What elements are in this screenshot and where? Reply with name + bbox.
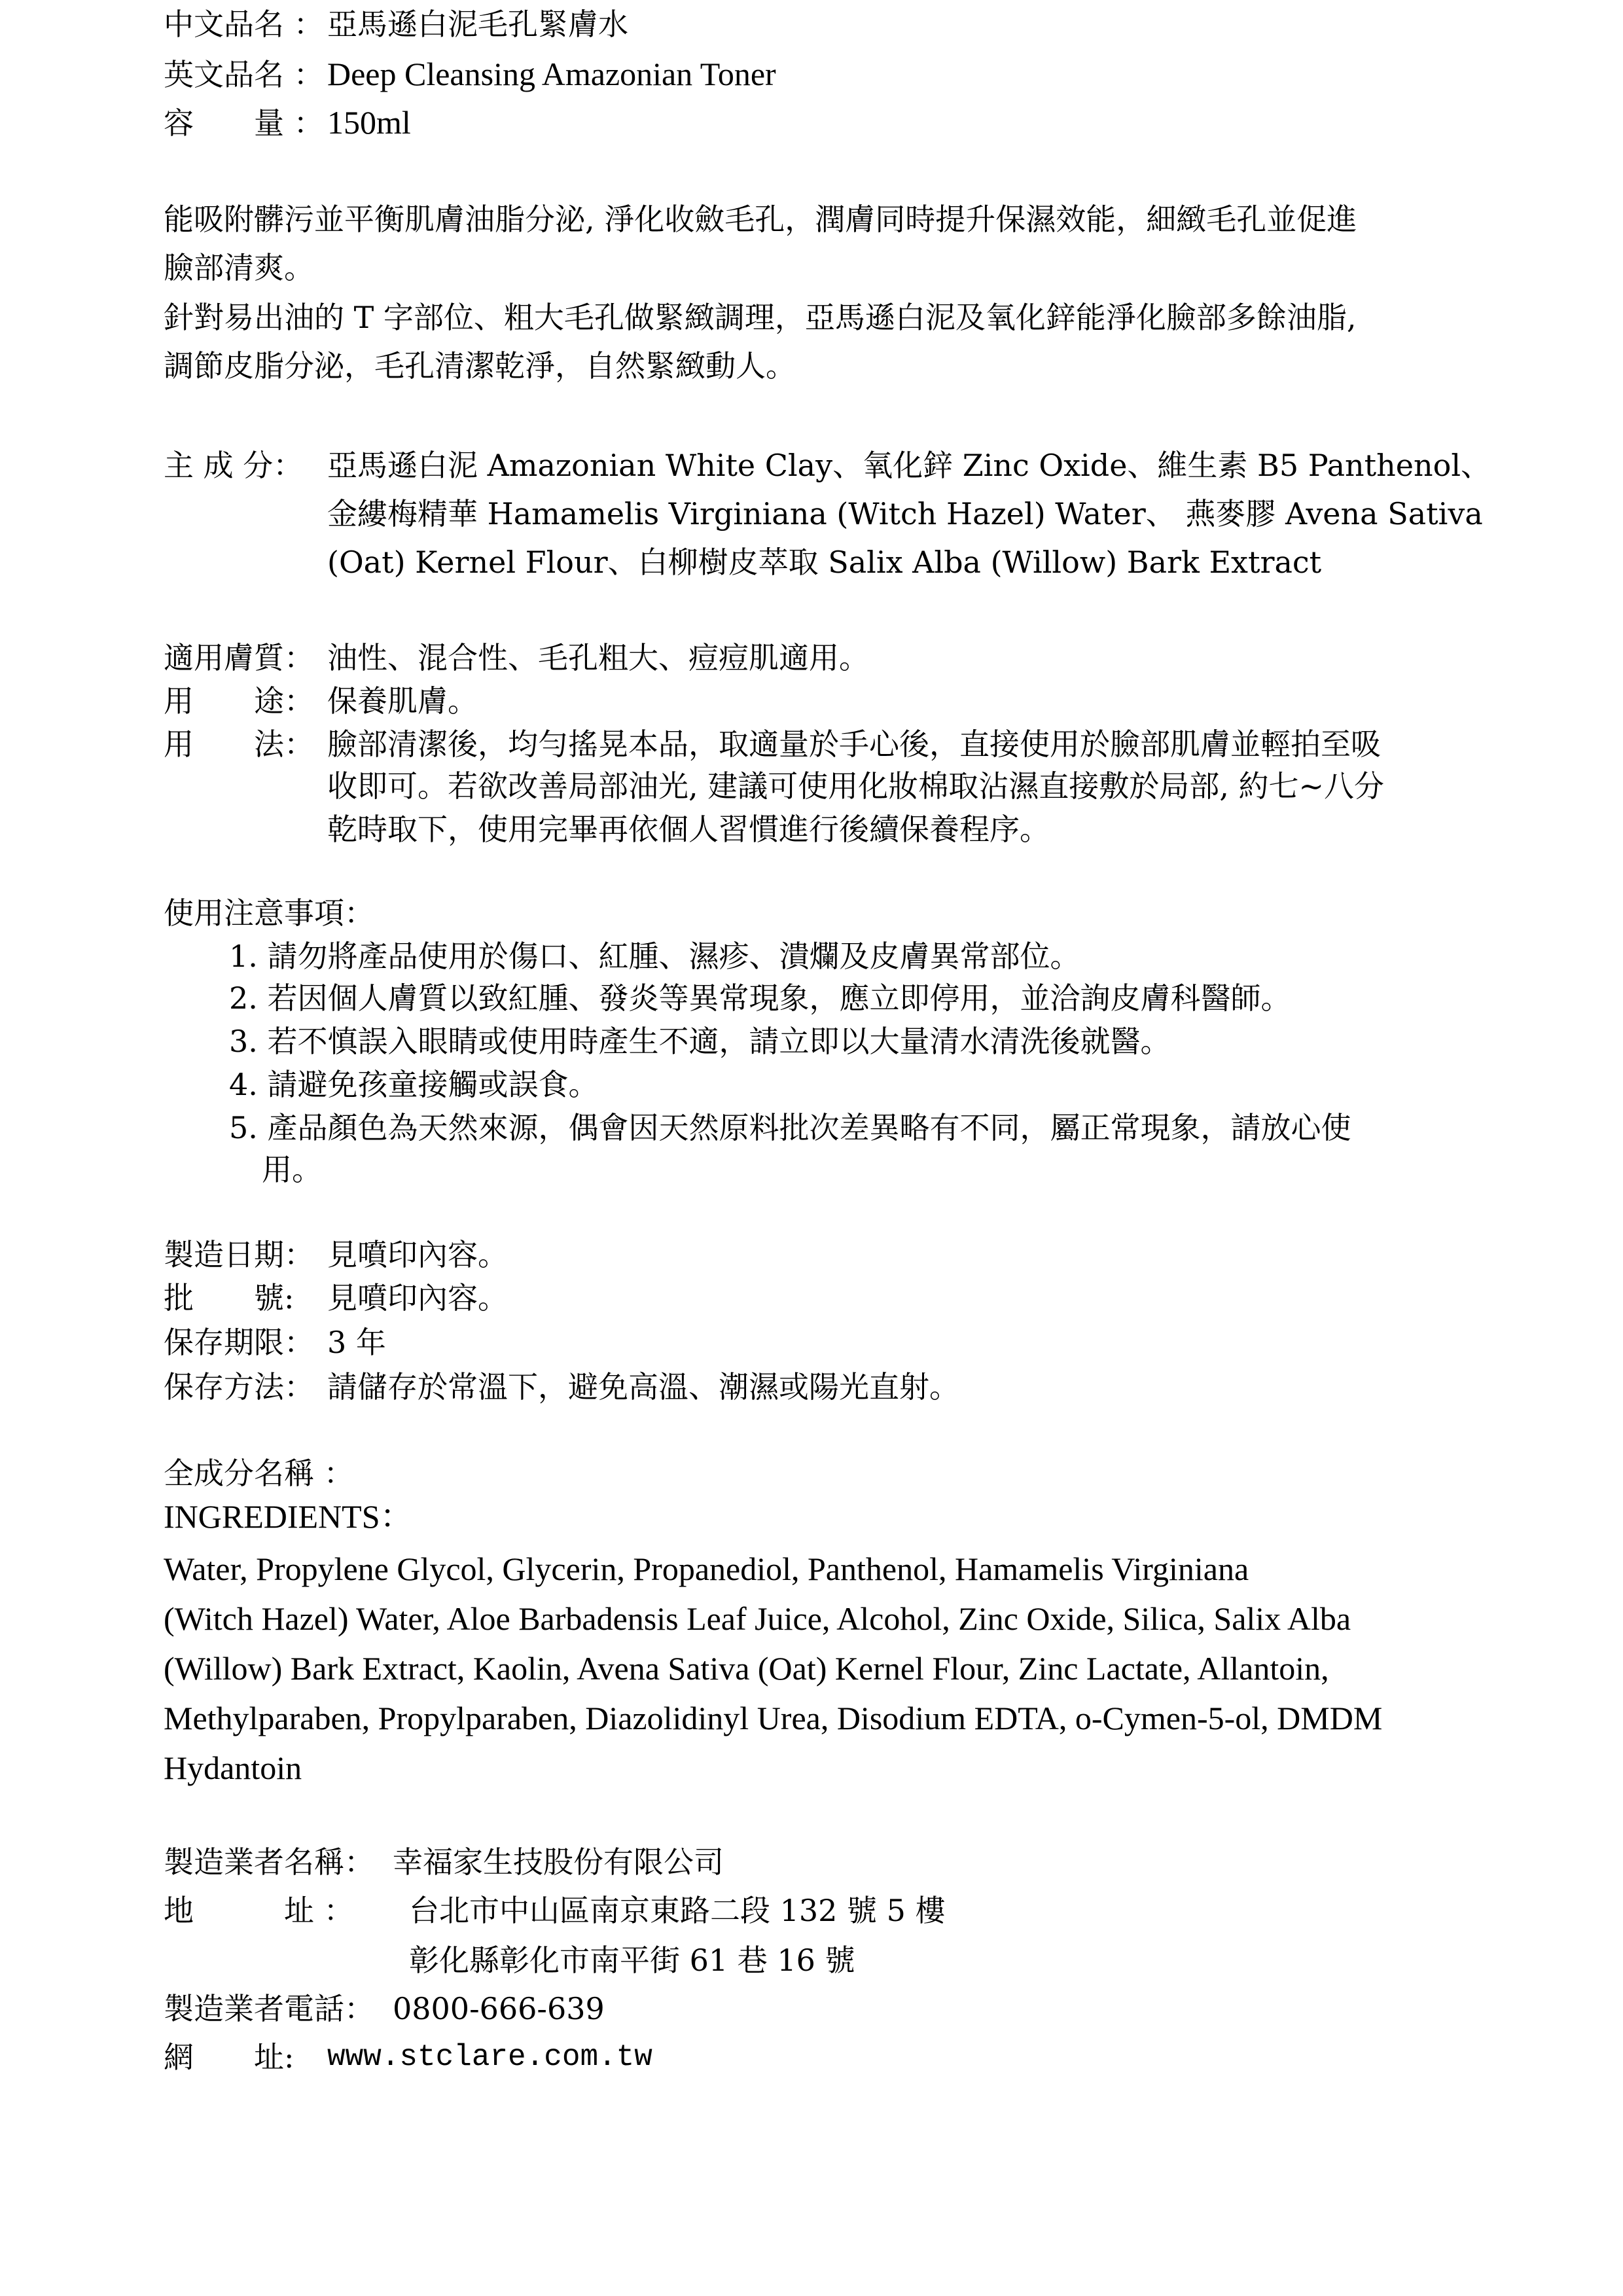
description-p2-line1: 針對易出油的 T 字部位、粗大毛孔做緊緻調理，亞馬遜白泥及氧化鋅能淨化臉部多餘油…	[164, 302, 1357, 332]
mfg-date-label: 製造日期：	[164, 1240, 314, 1270]
full-ingredients-en-title: INGREDIENTS：	[164, 1500, 413, 1533]
skin-type-value: 油性、混合性、毛孔粗大、痘痘肌適用。	[327, 643, 869, 673]
address-label: 地 址 ：	[164, 1895, 354, 1926]
volume-value: 150ml	[327, 104, 411, 141]
description-p1-line1: 能吸附髒污並平衡肌膚油脂分泌, 淨化收斂毛孔，潤膚同時提升保濕效能，細緻毛孔並促…	[164, 204, 1357, 234]
precaution-item-1: 1. 請勿將產品使用於傷口、紅腫、濕疹、潰爛及皮膚異常部位。	[229, 941, 1080, 971]
phone-value: 0800-666-639	[393, 1994, 605, 2024]
method-label: 用 法：	[164, 729, 314, 759]
main-ingredients-line1: 亞馬遜白泥 Amazonian White Clay、氧化鋅 Zinc Oxid…	[327, 450, 1491, 480]
website-label: 網 址:	[164, 2042, 294, 2072]
method-line2: 收即可。若欲改善局部油光, 建議可使用化妝棉取沾濕直接敷於局部, 約七~八分	[327, 771, 1384, 801]
zh-product-name: 亞馬遜白泥毛孔緊膚水	[327, 7, 628, 42]
volume-row: 容 量 ：150ml	[164, 106, 411, 139]
volume-label: 容 量 ：	[164, 108, 327, 138]
precaution-item-4: 4. 請避免孩童接觸或誤食。	[229, 1069, 599, 1100]
ingredients-line-1: Water, Propylene Glycol, Glycerin, Propa…	[164, 1552, 1249, 1585]
website-link[interactable]: www.stclare.com.tw	[327, 2042, 652, 2072]
en-product-name: Deep Cleansing Amazonian Toner	[327, 56, 776, 92]
shelf-life-label: 保存期限：	[164, 1327, 314, 1357]
zh-name-row: 中文品名 ：亞馬遜白泥毛孔緊膚水	[164, 9, 628, 39]
address-line2: 彰化縣彰化市南平街 61 巷 16 號	[409, 1945, 855, 1975]
precaution-item-2: 2. 若因個人膚質以致紅腫、發炎等異常現象，應立即停用，並洽詢皮膚科醫師。	[229, 983, 1291, 1013]
mfg-date-value: 見噴印內容。	[327, 1240, 508, 1270]
ingredients-line-2: (Witch Hazel) Water, Aloe Barbadensis Le…	[164, 1602, 1351, 1635]
method-line3: 乾時取下，使用完畢再依個人習慣進行後續保養程序。	[327, 814, 1050, 844]
skin-type-label: 適用膚質：	[164, 643, 314, 673]
shelf-life-value: 3 年	[327, 1327, 386, 1357]
main-ingredients-line3: (Oat) Kernel Flour、白柳樹皮萃取 Salix Alba (Wi…	[327, 547, 1321, 577]
manufacturer-name-label: 製造業者名稱：	[164, 1847, 374, 1877]
precautions-title: 使用注意事項：	[164, 898, 374, 928]
manufacturer-name: 幸福家生技股份有限公司	[393, 1847, 724, 1877]
precaution-item-5-continued: 用。	[262, 1155, 322, 1185]
zh-name-label: 中文品名 ：	[164, 9, 327, 39]
storage-method-label: 保存方法：	[164, 1372, 314, 1402]
batch-value: 見噴印內容。	[327, 1283, 508, 1313]
main-ingredients-line2: 金縷梅精華 Hamamelis Virginiana (Witch Hazel)…	[327, 499, 1483, 529]
description-p1-line2: 臉部清爽。	[164, 253, 314, 283]
description-p2-line2: 調節皮脂分泌，毛孔清潔乾淨，自然緊緻動人。	[164, 351, 796, 381]
storage-method-value: 請儲存於常溫下，避免高溫、潮濕或陽光直射。	[327, 1372, 959, 1402]
main-ingredients-label: 主 成 分：	[164, 450, 303, 480]
ingredients-line-3: (Willow) Bark Extract, Kaolin, Avena Sat…	[164, 1652, 1329, 1685]
precaution-item-5: 5. 產品顏色為天然來源，偶會因天然原料批次差異略有不同，屬正常現象，請放心使	[229, 1113, 1351, 1143]
precaution-item-3: 3. 若不慎誤入眼睛或使用時產生不適，請立即以大量清水清洗後就醫。	[229, 1026, 1171, 1056]
address-line1: 台北市中山區南京東路二段 132 號 5 樓	[409, 1895, 946, 1926]
method-line1: 臉部清潔後，均勻搖晃本品，取適量於手心後，直接使用於臉部肌膚並輕拍至吸	[327, 729, 1381, 759]
en-name-row: 英文品名 ：Deep Cleansing Amazonian Toner	[164, 58, 776, 90]
ingredients-line-5: Hydantoin	[164, 1751, 302, 1784]
full-ingredients-zh-title: 全成分名稱 ：	[164, 1458, 354, 1488]
phone-label: 製造業者電話：	[164, 1994, 374, 2024]
batch-label: 批 號:	[164, 1283, 294, 1313]
purpose-label: 用 途：	[164, 686, 314, 716]
ingredients-line-4: Methylparaben, Propylparaben, Diazolidin…	[164, 1702, 1382, 1734]
en-name-label: 英文品名 ：	[164, 60, 327, 90]
purpose-value: 保養肌膚。	[327, 686, 478, 716]
